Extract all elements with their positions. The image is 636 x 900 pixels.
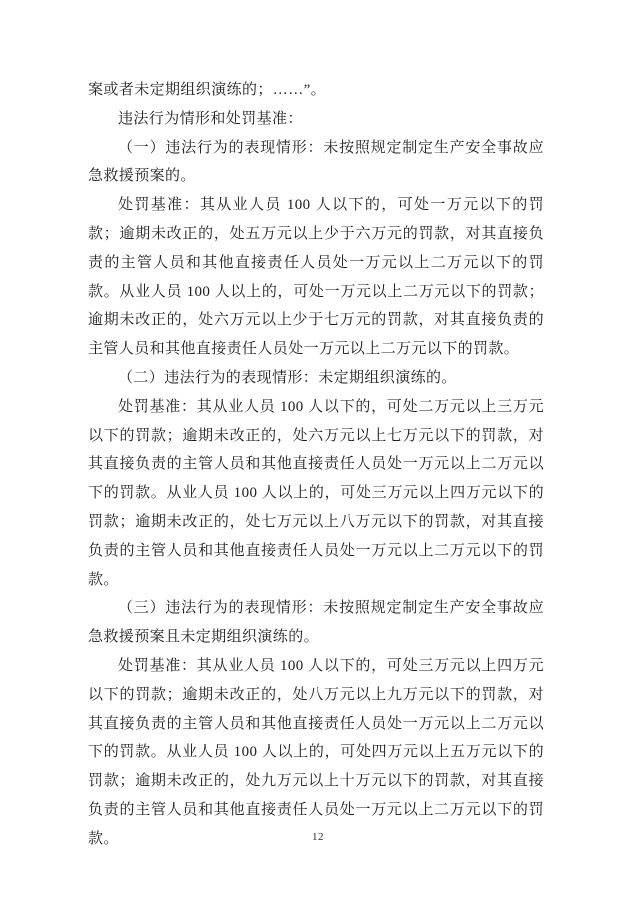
- paragraph: 处罚基准：其从业人员 100 人以下的，可处二万元以上三万元以下的罚款；逾期未改…: [88, 393, 544, 595]
- page-number: 12: [312, 831, 324, 843]
- document-body: 案或者未定期组织演练的；……”。违法行为情形和处罚基准：（一）违法行为的表现情形…: [88, 76, 544, 854]
- paragraph: 案或者未定期组织演练的；……”。: [88, 76, 544, 105]
- page-footer: 12: [0, 827, 636, 845]
- document-page: 案或者未定期组织演练的；……”。违法行为情形和处罚基准：（一）违法行为的表现情形…: [0, 0, 636, 900]
- paragraph: （一）违法行为的表现情形：未按照规定制定生产安全事故应急救援预案的。: [88, 134, 544, 192]
- paragraph: 违法行为情形和处罚基准：: [88, 105, 544, 134]
- paragraph: （二）违法行为的表现情形：未定期组织演练的。: [88, 364, 544, 393]
- paragraph: 处罚基准：其从业人员 100 人以下的，可处三万元以上四万元以下的罚款；逾期未改…: [88, 652, 544, 854]
- paragraph: （三）违法行为的表现情形：未按照规定制定生产安全事故应急救援预案且未定期组织演练…: [88, 594, 544, 652]
- paragraph: 处罚基准：其从业人员 100 人以下的，可处一万元以下的罚款；逾期未改正的，处五…: [88, 191, 544, 364]
